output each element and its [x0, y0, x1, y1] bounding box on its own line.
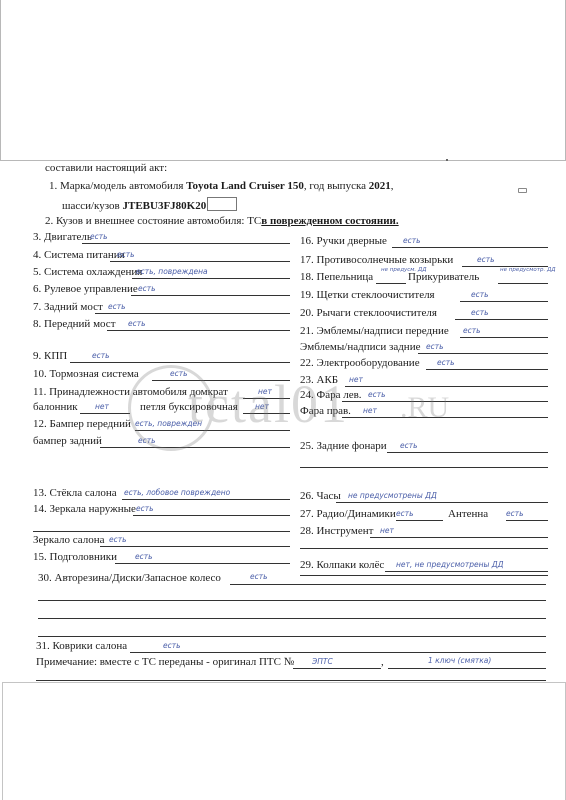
- car-year: 2021: [369, 180, 391, 192]
- right-field-label: Антенна: [448, 508, 488, 521]
- right-field-label: 20. Рычаги стеклоочистителя: [300, 307, 437, 320]
- right-field-label: 16. Ручки дверные: [300, 235, 387, 248]
- right-field-underline: [342, 417, 548, 418]
- item-31-label: 31. Коврики салона: [36, 640, 127, 653]
- right-field-underline: [342, 401, 548, 402]
- right-field-underline: [460, 337, 548, 338]
- left-field-value[interactable]: есть, повреждена: [136, 267, 208, 276]
- left-field-underline: [100, 447, 290, 448]
- left-field-value[interactable]: нет: [95, 402, 109, 411]
- left-field-value[interactable]: есть: [109, 535, 127, 544]
- right-field-underline: [376, 283, 406, 284]
- left-field-label: 12. Бампер передний: [33, 418, 131, 431]
- blank-line: [300, 467, 548, 468]
- left-field-label: петля буксировочная: [140, 401, 238, 414]
- right-field-label: 25. Задние фонари: [300, 440, 387, 453]
- left-field-label: 11. Принадлежности автомобиля домкрат: [33, 386, 228, 399]
- right-field-label: Прикуриватель: [408, 271, 479, 284]
- left-field-value[interactable]: нет: [255, 402, 269, 411]
- left-field-underline: [70, 362, 290, 363]
- left-field-value[interactable]: есть, лобовое повреждено: [124, 488, 230, 497]
- left-field-underline: [243, 398, 290, 399]
- left-field-underline: [135, 430, 290, 431]
- year-label: , год выпуска: [304, 180, 369, 192]
- right-field-value[interactable]: не предусмотрены ДД: [348, 491, 437, 500]
- right-field-value[interactable]: есть: [426, 342, 444, 351]
- right-field-underline: [418, 353, 548, 354]
- left-field-underline: [82, 243, 290, 244]
- right-field-label: 29. Колпаки колёс: [300, 559, 384, 572]
- right-field-label: 18. Пепельница: [300, 271, 373, 284]
- right-field-underline: [498, 283, 548, 284]
- right-field-underline: [460, 301, 548, 302]
- left-field-label: 10. Тормозная система: [33, 368, 139, 381]
- left-field-underline: [115, 563, 290, 564]
- right-field-value[interactable]: есть: [403, 236, 421, 245]
- right-field-label: 21. Эмблемы/надписи передние: [300, 325, 449, 338]
- left-field-underline: [243, 413, 290, 414]
- item-1-label: 1. Марка/модель автомобиля: [49, 180, 186, 192]
- item-2-label: 2. Кузов и внешнее состояние автомобиля:…: [45, 215, 261, 227]
- left-field-underline: [95, 313, 290, 314]
- chassis-label: шасси/кузов: [62, 200, 122, 212]
- left-field-value[interactable]: есть: [135, 552, 153, 561]
- left-field-label: Зеркало салона: [33, 534, 105, 547]
- right-field-underline: [345, 386, 548, 387]
- left-field-underline: [131, 295, 290, 296]
- left-field-value[interactable]: есть: [138, 436, 156, 445]
- left-field-label: 14. Зеркала наружные: [33, 503, 136, 516]
- left-field-value[interactable]: есть: [170, 369, 188, 378]
- left-field-underline: [152, 380, 290, 381]
- item-30-value[interactable]: есть: [250, 572, 268, 581]
- left-field-label: 9. КПП: [33, 350, 67, 363]
- intro-text: составили настоящий акт:: [45, 162, 167, 175]
- left-field-underline: [122, 499, 290, 500]
- item-2-body: 2. Кузов и внешнее состояние автомобиля:…: [45, 215, 399, 228]
- right-field-value[interactable]: нет, не предусмотрены ДД: [396, 560, 504, 569]
- right-field-value[interactable]: нет: [363, 406, 377, 415]
- item-31-value[interactable]: есть: [163, 641, 181, 650]
- blank-line: [38, 636, 546, 637]
- left-field-underline: [133, 515, 290, 516]
- right-field-value[interactable]: есть: [396, 509, 414, 518]
- right-field-label: 17. Противосолнечные козырьки: [300, 254, 453, 267]
- left-field-label: 13. Стёкла салона: [33, 487, 117, 500]
- left-field-underline: [107, 330, 290, 331]
- right-field-label: Эмблемы/надписи задние: [300, 341, 420, 354]
- blank-upper-area: [0, 0, 566, 161]
- item-30-line: [230, 584, 546, 585]
- left-field-value[interactable]: нет: [258, 387, 272, 396]
- left-field-label: балонник: [33, 401, 78, 414]
- left-field-value[interactable]: есть: [108, 302, 126, 311]
- left-field-label: бампер задний: [33, 435, 102, 448]
- right-field-label: 22. Электрооборудование: [300, 357, 420, 370]
- note-label: Примечание: вместе с ТС переданы - ориги…: [36, 656, 294, 669]
- right-field-value[interactable]: есть: [471, 290, 489, 299]
- chassis-value: JTEBU3FJ80K20: [122, 200, 206, 212]
- note-separator: ,: [381, 656, 384, 669]
- item-31-line: [130, 652, 546, 653]
- right-field-underline: [336, 502, 548, 503]
- right-field-underline: [387, 452, 548, 453]
- right-field-underline: [426, 369, 548, 370]
- left-field-value[interactable]: есть: [136, 504, 154, 513]
- left-field-underline: [100, 546, 290, 547]
- right-field-value[interactable]: нет: [380, 526, 394, 535]
- extra-value[interactable]: 1 ключ (смятка): [428, 656, 491, 665]
- right-field-label: 19. Щетки стеклоочистителя: [300, 289, 435, 302]
- left-field-value[interactable]: есть: [92, 351, 110, 360]
- left-field-value[interactable]: есть: [128, 319, 146, 328]
- blank-line: [300, 548, 548, 549]
- blank-line: [33, 531, 290, 532]
- left-field-value[interactable]: есть: [117, 250, 135, 259]
- left-field-label: 5. Система охлаждения: [33, 266, 142, 279]
- left-field-label: 8. Передний мост: [33, 318, 116, 331]
- left-field-label: 6. Рулевое управление: [33, 283, 138, 296]
- watermark-suffix: .RU: [400, 391, 449, 425]
- car-model: Toyota Land Cruiser 150: [186, 180, 304, 192]
- item-1-model: 1. Марка/модель автомобиля Toyota Land C…: [49, 180, 394, 193]
- item-1-chassis: шасси/кузов JTEBU3FJ80K20: [62, 197, 237, 213]
- item-30-label: 30. Авторезина/Диски/Запасное колесо: [38, 572, 221, 585]
- right-field-underline: [396, 520, 443, 521]
- left-field-underline: [80, 413, 130, 414]
- left-field-label: 15. Подголовники: [33, 551, 117, 564]
- right-field-value[interactable]: есть: [506, 509, 524, 518]
- right-field-value[interactable]: не предусмотр. ДД: [500, 267, 556, 273]
- blank-line: [36, 680, 546, 681]
- blank-line: [38, 618, 546, 619]
- item-2-value: в поврежденном состоянии.: [261, 215, 398, 227]
- right-field-label: 27. Радио/Динамики: [300, 508, 396, 521]
- right-field-label: 28. Инструмент: [300, 525, 373, 538]
- left-field-underline: [110, 261, 290, 262]
- comma: ,: [391, 180, 394, 192]
- right-field-label: 23. АКБ: [300, 374, 338, 387]
- left-field-value[interactable]: есть: [90, 232, 108, 241]
- right-field-value[interactable]: есть: [437, 358, 455, 367]
- right-field-underline: [392, 247, 548, 248]
- vin-redaction-box: [207, 197, 237, 211]
- right-field-underline: [385, 571, 548, 572]
- left-field-value[interactable]: есть, поврежден: [135, 419, 202, 428]
- blank-line: [300, 575, 548, 576]
- margin-mark: [518, 188, 527, 193]
- right-field-underline: [370, 537, 548, 538]
- scan-artifact: [446, 159, 448, 161]
- right-field-underline: [506, 520, 548, 521]
- left-field-value[interactable]: есть: [138, 284, 156, 293]
- right-field-value[interactable]: есть: [477, 255, 495, 264]
- right-field-value[interactable]: есть: [471, 308, 489, 317]
- left-field-underline: [132, 278, 290, 279]
- right-field-label: 26. Часы: [300, 490, 341, 503]
- pts-line: [293, 668, 381, 669]
- pts-value[interactable]: ЭПТС: [312, 657, 333, 666]
- blank-lower-area: [2, 682, 566, 800]
- right-field-value[interactable]: есть: [400, 441, 418, 450]
- left-field-label: 7. Задний мост: [33, 301, 103, 314]
- blank-line: [38, 600, 546, 601]
- right-field-underline: [455, 319, 548, 320]
- right-field-value[interactable]: нет: [349, 375, 363, 384]
- extra-line: [388, 668, 546, 669]
- right-field-value[interactable]: есть: [463, 326, 481, 335]
- right-field-value[interactable]: есть: [368, 390, 386, 399]
